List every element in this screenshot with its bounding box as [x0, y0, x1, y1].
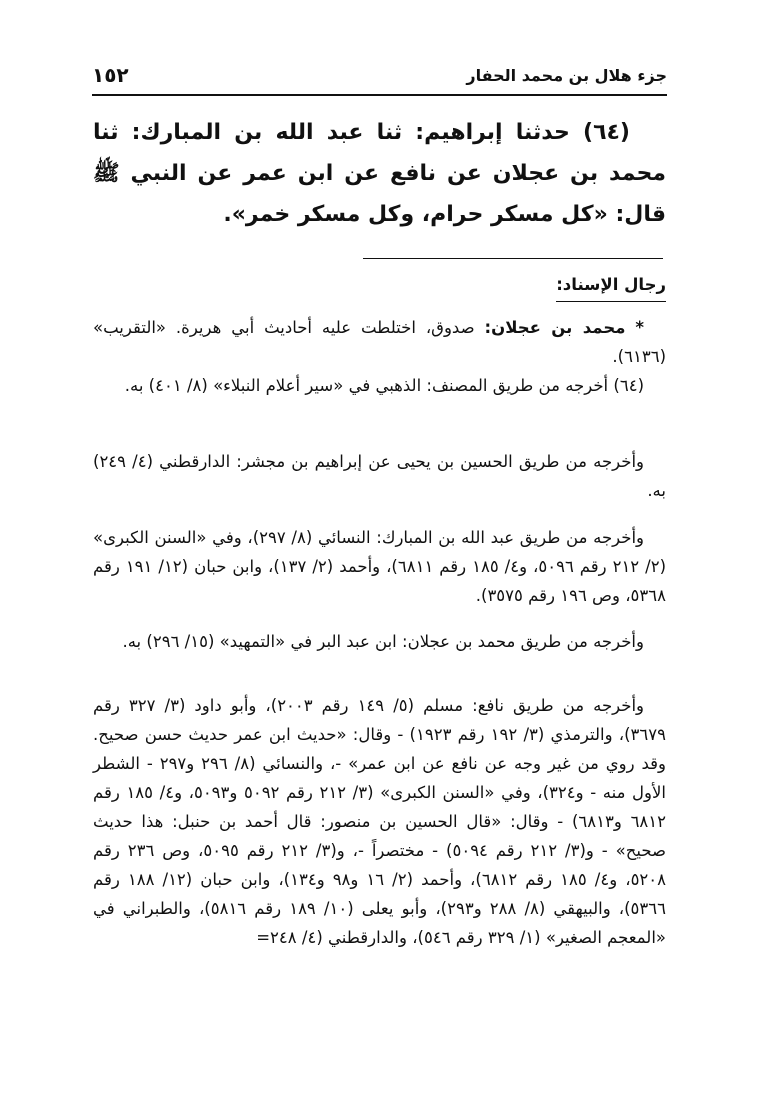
- bullet-icon: *: [635, 318, 644, 337]
- hadith-number: (٦٤): [583, 120, 630, 145]
- page-header: جزء هلال بن محمد الحفار ١٥٢: [92, 58, 667, 92]
- main-text: (٦٤) حدثنا إبراهيم: ثنا عبد الله بن المب…: [93, 112, 666, 235]
- page-number: ١٥٢: [92, 63, 129, 87]
- footnotes: رجال الإسناد: * محمد بن عجلان: صدوق، اخت…: [93, 271, 666, 302]
- takhrij-note: وأخرجه من طريق محمد بن عجلان: ابن عبد ال…: [93, 627, 666, 656]
- section-heading: رجال الإسناد:: [556, 271, 666, 302]
- takhrij-note: وأخرجه من طريق عبد الله بن المبارك: النس…: [93, 523, 666, 610]
- takhrij-note: وأخرجه من طريق نافع: مسلم (٥/ ١٤٩ رقم ٢٠…: [93, 691, 666, 952]
- narrator-name: محمد بن عجلان:: [485, 318, 626, 337]
- book-page: جزء هلال بن محمد الحفار ١٥٢ (٦٤) حدثنا إ…: [0, 0, 763, 1115]
- hadith-text: حدثنا إبراهيم: ثنا عبد الله بن المبارك: …: [93, 120, 666, 227]
- header-rule: [92, 94, 667, 96]
- footnote-separator: [363, 258, 663, 259]
- narrator-note: * محمد بن عجلان: صدوق، اختلطت عليه أحادي…: [93, 313, 666, 371]
- running-title: جزء هلال بن محمد الحفار: [466, 66, 667, 85]
- takhrij-note: وأخرجه من طريق الحسين بن يحيى عن إبراهيم…: [93, 447, 666, 505]
- hadith-paragraph: (٦٤) حدثنا إبراهيم: ثنا عبد الله بن المب…: [93, 112, 666, 235]
- takhrij-note: (٦٤) أخرجه من طريق المصنف: الذهبي في «سي…: [93, 371, 666, 400]
